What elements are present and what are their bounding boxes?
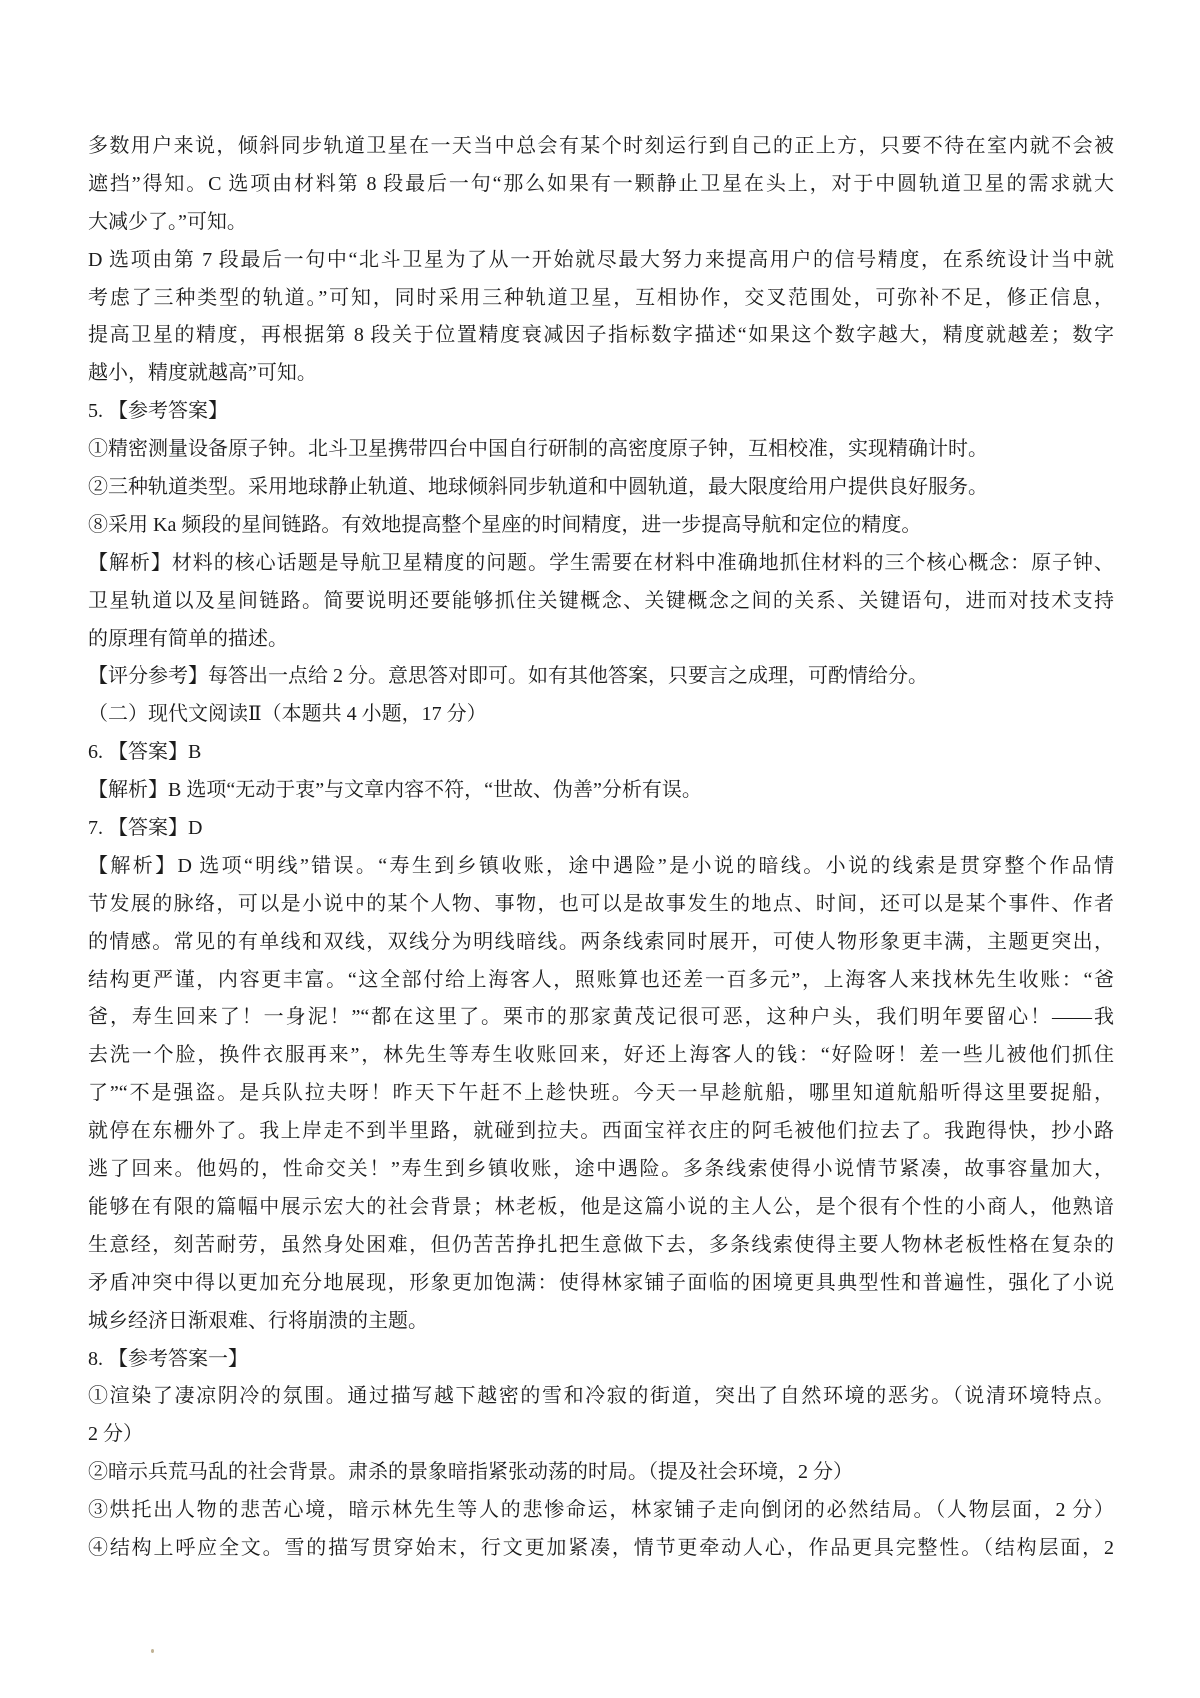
text-line: 遮挡”得知。C 选项由材料第 8 段最后一句“那么如果有一颗静止卫星在头上，对于… bbox=[88, 166, 1114, 204]
text-line: D 选项由第 7 段最后一句中“北斗卫星为了从一开始就尽最大努力来提高用户的信号… bbox=[88, 242, 1114, 280]
text-line: ③烘托出人物的悲苦心境，暗示林先生等人的悲惨命运，林家铺子走向倒闭的必然结局。（… bbox=[88, 1492, 1114, 1530]
answer-key-text: 多数用户来说，倾斜同步轨道卫星在一天当中总会有某个时刻运行到自己的正上方，只要不… bbox=[88, 128, 1114, 1568]
text-line: 多数用户来说，倾斜同步轨道卫星在一天当中总会有某个时刻运行到自己的正上方，只要不… bbox=[88, 128, 1114, 166]
text-line: 越小，精度就越高”可知。 bbox=[88, 355, 1114, 393]
text-line: 大减少了。”可知。 bbox=[88, 204, 1114, 242]
text-line: 6. 【答案】B bbox=[88, 734, 1114, 772]
text-line: 2 分） bbox=[88, 1416, 1114, 1454]
text-line: （二）现代文阅读Ⅱ（本题共 4 小题，17 分） bbox=[88, 696, 1114, 734]
text-line: ⑧采用 Ka 频段的星间链路。有效地提高整个星座的时间精度，进一步提高导航和定位… bbox=[88, 507, 1114, 545]
text-line: 能够在有限的篇幅中展示宏大的社会背景；林老板，他是这篇小说的主人公，是个很有个性… bbox=[88, 1189, 1114, 1227]
text-line: 【解析】材料的核心话题是导航卫星精度的问题。学生需要在材料中准确地抓住材料的三个… bbox=[88, 545, 1114, 583]
text-line: 【解析】B 选项“无动于衷”与文章内容不符，“世故、伪善”分析有误。 bbox=[88, 772, 1114, 810]
text-line: 节发展的脉络，可以是小说中的某个人物、事物，也可以是故事发生的地点、时间，还可以… bbox=[88, 886, 1114, 924]
text-line: 5. 【参考答案】 bbox=[88, 393, 1114, 431]
text-line: ④结构上呼应全文。雪的描写贯穿始末，行文更加紧凑，情节更牵动人心，作品更具完整性… bbox=[88, 1530, 1114, 1568]
text-line: 城乡经济日渐艰难、行将崩溃的主题。 bbox=[88, 1303, 1114, 1341]
text-line: 的原理有简单的描述。 bbox=[88, 621, 1114, 659]
text-line: 逃了回来。他妈的，性命交关！”寿生到乡镇收账，途中遇险。多条线索使得小说情节紧凑… bbox=[88, 1151, 1114, 1189]
text-line: ①精密测量设备原子钟。北斗卫星携带四台中国自行研制的高密度原子钟，互相校准，实现… bbox=[88, 431, 1114, 469]
text-line: 的情感。常见的有单线和双线，双线分为明线暗线。两条线索同时展开，可使人物形象更丰… bbox=[88, 924, 1114, 962]
text-line: 矛盾冲突中得以更加充分地展现，形象更加饱满：使得林家铺子面临的困境更具典型性和普… bbox=[88, 1265, 1114, 1303]
text-line: 爸，寿生回来了！一身泥！”“都在这里了。栗市的那家黄茂记很可恶，这种户头，我们明… bbox=[88, 999, 1114, 1037]
text-line: 结构更严谨，内容更丰富。“这全部付给上海客人，照账算也还差一百多元”，上海客人来… bbox=[88, 962, 1114, 1000]
scan-speck bbox=[151, 1649, 154, 1653]
text-line: 卫星轨道以及星间链路。简要说明还要能够抓住关键概念、关键概念之间的关系、关键语句… bbox=[88, 583, 1114, 621]
text-line: ②三种轨道类型。采用地球静止轨道、地球倾斜同步轨道和中圆轨道，最大限度给用户提供… bbox=[88, 469, 1114, 507]
text-line: 生意经，刻苦耐劳，虽然身处困难，但仍苦苦挣扎把生意做下去，多条线索使得主要人物林… bbox=[88, 1227, 1114, 1265]
text-line: 了”“不是强盗。是兵队拉夫呀！昨天下午赶不上趁快班。今天一早趁航船，哪里知道航船… bbox=[88, 1075, 1114, 1113]
text-line: ②暗示兵荒马乱的社会背景。肃杀的景象暗指紧张动荡的时局。（提及社会环境，2 分） bbox=[88, 1454, 1114, 1492]
text-line: 去洗一个脸，换件衣服再来”，林先生等寿生收账回来，好还上海客人的钱：“好险呀！差… bbox=[88, 1037, 1114, 1075]
document-page: 多数用户来说，倾斜同步轨道卫星在一天当中总会有某个时刻运行到自己的正上方，只要不… bbox=[0, 0, 1200, 1698]
text-line: 考虑了三种类型的轨道。”可知，同时采用三种轨道卫星，互相协作，交叉范围处，可弥补… bbox=[88, 280, 1114, 318]
text-line: 8. 【参考答案一】 bbox=[88, 1341, 1114, 1379]
text-line: 【评分参考】每答出一点给 2 分。意思答对即可。如有其他答案，只要言之成理，可酌… bbox=[88, 658, 1114, 696]
text-line: 提高卫星的精度，再根据第 8 段关于位置精度衰减因子指标数字描述“如果这个数字越… bbox=[88, 317, 1114, 355]
text-line: 7. 【答案】D bbox=[88, 810, 1114, 848]
text-line: 【解析】D 选项“明线”错误。“寿生到乡镇收账，途中遇险”是小说的暗线。小说的线… bbox=[88, 848, 1114, 886]
text-line: 就停在东栅外了。我上岸走不到半里路，就碰到拉夫。西面宝祥衣庄的阿毛被他们拉去了。… bbox=[88, 1113, 1114, 1151]
text-line: ①渲染了凄凉阴冷的氛围。通过描写越下越密的雪和冷寂的街道，突出了自然环境的恶劣。… bbox=[88, 1378, 1114, 1416]
